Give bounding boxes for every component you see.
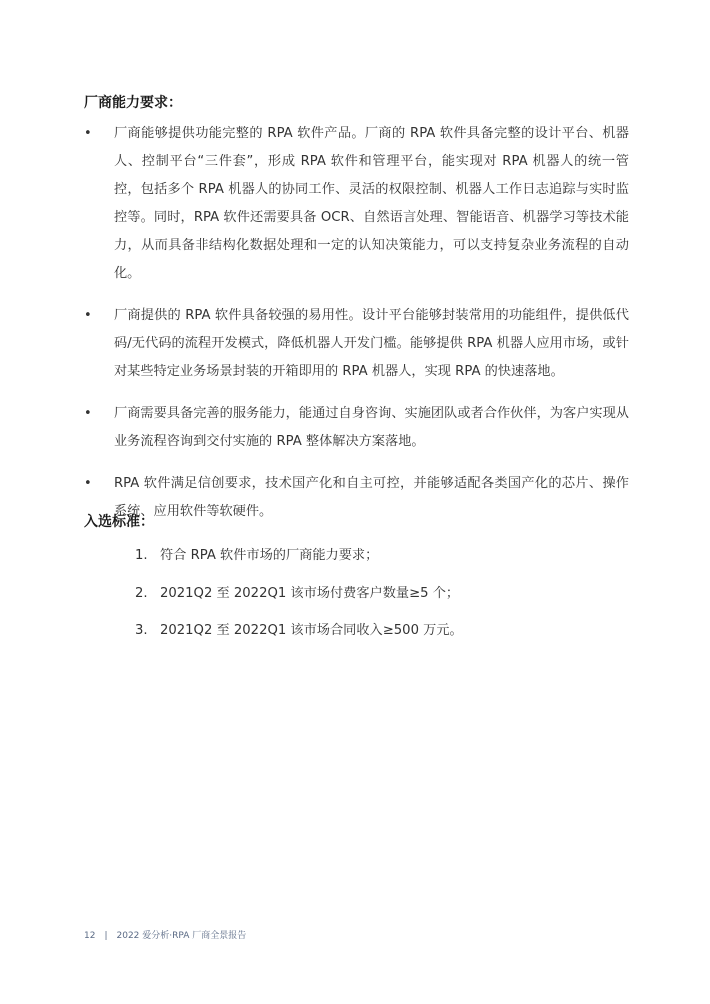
list-item-text: 厂商需要具备完善的服务能力，能通过自身咨询、实施团队或者合作伙伴，为客户实现从业… [114, 406, 629, 449]
list-item: • 厂商需要具备完善的服务能力，能通过自身咨询、实施团队或者合作伙伴，为客户实现… [84, 400, 629, 456]
criteria-item: 1. 符合 RPA 软件市场的厂商能力要求； [135, 546, 463, 566]
list-item-text: 厂商提供的 RPA 软件具备较强的易用性。设计平台能够封装常用的功能组件，提供低… [114, 308, 629, 379]
list-item: • 厂商提供的 RPA 软件具备较强的易用性。设计平台能够封装常用的功能组件，提… [84, 302, 629, 386]
criteria-number: 2. [135, 584, 160, 604]
criteria-text: 符合 RPA 软件市场的厂商能力要求； [160, 546, 378, 566]
list-item: • 厂商能够提供功能完整的 RPA 软件产品。厂商的 RPA 软件具备完整的设计… [84, 120, 629, 288]
footer-separator: | [95, 931, 116, 941]
vendor-requirements-list: • 厂商能够提供功能完整的 RPA 软件产品。厂商的 RPA 软件具备完整的设计… [84, 120, 629, 540]
criteria-text: 2021Q2 至 2022Q1 该市场付费客户数量≥5 个； [160, 584, 459, 604]
criteria-item: 3. 2021Q2 至 2022Q1 该市场合同收入≥500 万元。 [135, 621, 463, 641]
criteria-item: 2. 2021Q2 至 2022Q1 该市场付费客户数量≥5 个； [135, 584, 463, 604]
bullet-icon: • [84, 120, 94, 148]
bullet-icon: • [84, 400, 94, 428]
bullet-icon: • [84, 470, 94, 498]
page-footer: 12|2022 爱分析·RPA 厂商全景报告 [84, 928, 246, 941]
list-item: • RPA 软件满足信创要求，技术国产化和自主可控，并能够适配各类国产化的芯片、… [84, 470, 629, 526]
criteria-text: 2021Q2 至 2022Q1 该市场合同收入≥500 万元。 [160, 621, 463, 641]
selection-criteria-list: 1. 符合 RPA 软件市场的厂商能力要求； 2. 2021Q2 至 2022Q… [135, 546, 463, 659]
criteria-number: 1. [135, 546, 160, 566]
page-number: 12 [84, 931, 95, 941]
list-item-text: 厂商能够提供功能完整的 RPA 软件产品。厂商的 RPA 软件具备完整的设计平台… [114, 126, 629, 281]
vendor-requirements-heading: 厂商能力要求： [84, 92, 182, 112]
report-title: 2022 爱分析·RPA 厂商全景报告 [117, 931, 247, 941]
criteria-number: 3. [135, 621, 160, 641]
selection-criteria-heading: 入选标准： [84, 511, 154, 531]
list-item-text: RPA 软件满足信创要求，技术国产化和自主可控，并能够适配各类国产化的芯片、操作… [114, 476, 629, 519]
bullet-icon: • [84, 302, 94, 330]
